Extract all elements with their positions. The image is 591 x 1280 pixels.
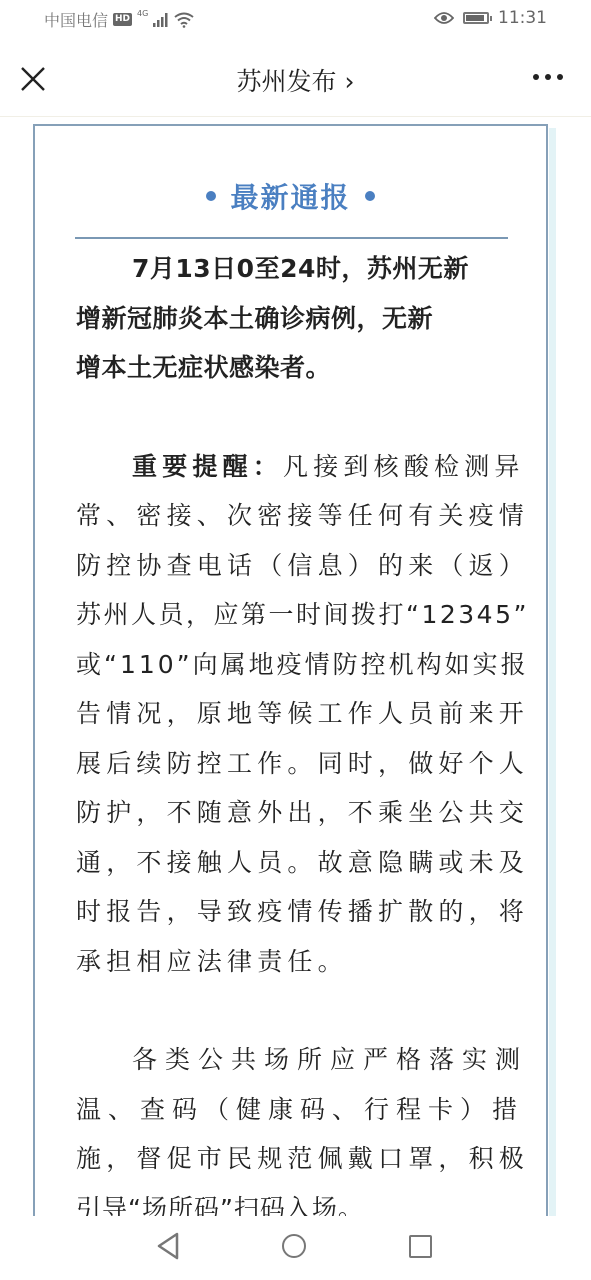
paragraph-gap	[76, 393, 508, 442]
more-dot	[533, 74, 539, 80]
section-title-text: 最新通报	[230, 176, 350, 216]
para2-line: 告情况，原地等候工作人员前来开	[76, 689, 508, 739]
para3-line: 温、查码（健康码、行程卡）措	[76, 1085, 508, 1135]
battery-icon	[463, 12, 489, 24]
more-icon[interactable]	[533, 74, 563, 80]
para2-line: 苏州人员，应第一时间拨打“12345”	[76, 590, 508, 640]
status-left: 中国电信 HD 4G	[44, 8, 194, 31]
home-icon[interactable]	[282, 1234, 306, 1258]
reminder-label: 重要提醒：	[132, 452, 283, 481]
para1-line: 增新冠肺炎本土确诊病例，无新	[76, 294, 508, 344]
para2-line: 防护，不随意外出，不乘坐公共交	[76, 788, 508, 838]
nav-bar: 苏州发布 ›	[0, 40, 591, 116]
network-type: 4G	[137, 9, 148, 18]
more-dot	[545, 74, 551, 80]
bullet-dot-icon	[365, 191, 375, 201]
para2-line: 防控协查电话（信息）的来（返）	[76, 541, 508, 591]
para3-line: 施，督促市民规范佩戴口罩，积极	[76, 1134, 508, 1184]
clock: 11:31	[498, 8, 547, 28]
section-title: 最新通报	[33, 176, 548, 216]
para2-first-text: 凡接到核酸检测异	[283, 452, 525, 481]
para2-line: 展后续防控工作。同时，做好个人	[76, 739, 508, 789]
bullet-dot-icon	[206, 191, 216, 201]
status-right: 11:31	[434, 8, 547, 28]
para2-line: 通，不接触人员。故意隐瞒或未及	[76, 838, 508, 888]
nav-divider	[0, 116, 591, 117]
frame-shadow	[549, 128, 556, 1218]
status-bar: 中国电信 HD 4G 11:31	[0, 0, 591, 40]
carrier-name: 中国电信	[44, 8, 108, 31]
more-dot	[557, 74, 563, 80]
back-icon[interactable]	[155, 1231, 181, 1261]
paragraph-gap	[76, 986, 508, 1035]
hd-badge: HD	[113, 13, 132, 26]
recents-icon[interactable]	[409, 1235, 432, 1258]
title-divider	[75, 237, 508, 239]
para1-line: 7月13日0至24时，苏州无新	[76, 244, 508, 294]
signal-icon	[153, 13, 169, 27]
system-nav-bar	[0, 1216, 591, 1280]
para2-line: 常、密接、次密接等任何有关疫情	[76, 491, 508, 541]
eye-icon	[434, 11, 454, 25]
wifi-icon	[174, 12, 194, 28]
para1-line: 增本土无症状感染者。	[76, 343, 508, 393]
account-title-link[interactable]: 苏州发布 ›	[0, 62, 591, 98]
para2-line: 时报告，导致疫情传播扩散的，将	[76, 887, 508, 937]
para2-line: 重要提醒：凡接到核酸检测异	[76, 442, 508, 492]
article-content: 7月13日0至24时，苏州无新 增新冠肺炎本土确诊病例，无新 增本土无症状感染者…	[76, 244, 508, 1233]
para2-line: 承担相应法律责任。	[76, 937, 508, 987]
para2-line: 或“110”向属地疫情防控机构如实报	[76, 640, 508, 690]
para3-line: 各类公共场所应严格落实测	[76, 1035, 508, 1085]
